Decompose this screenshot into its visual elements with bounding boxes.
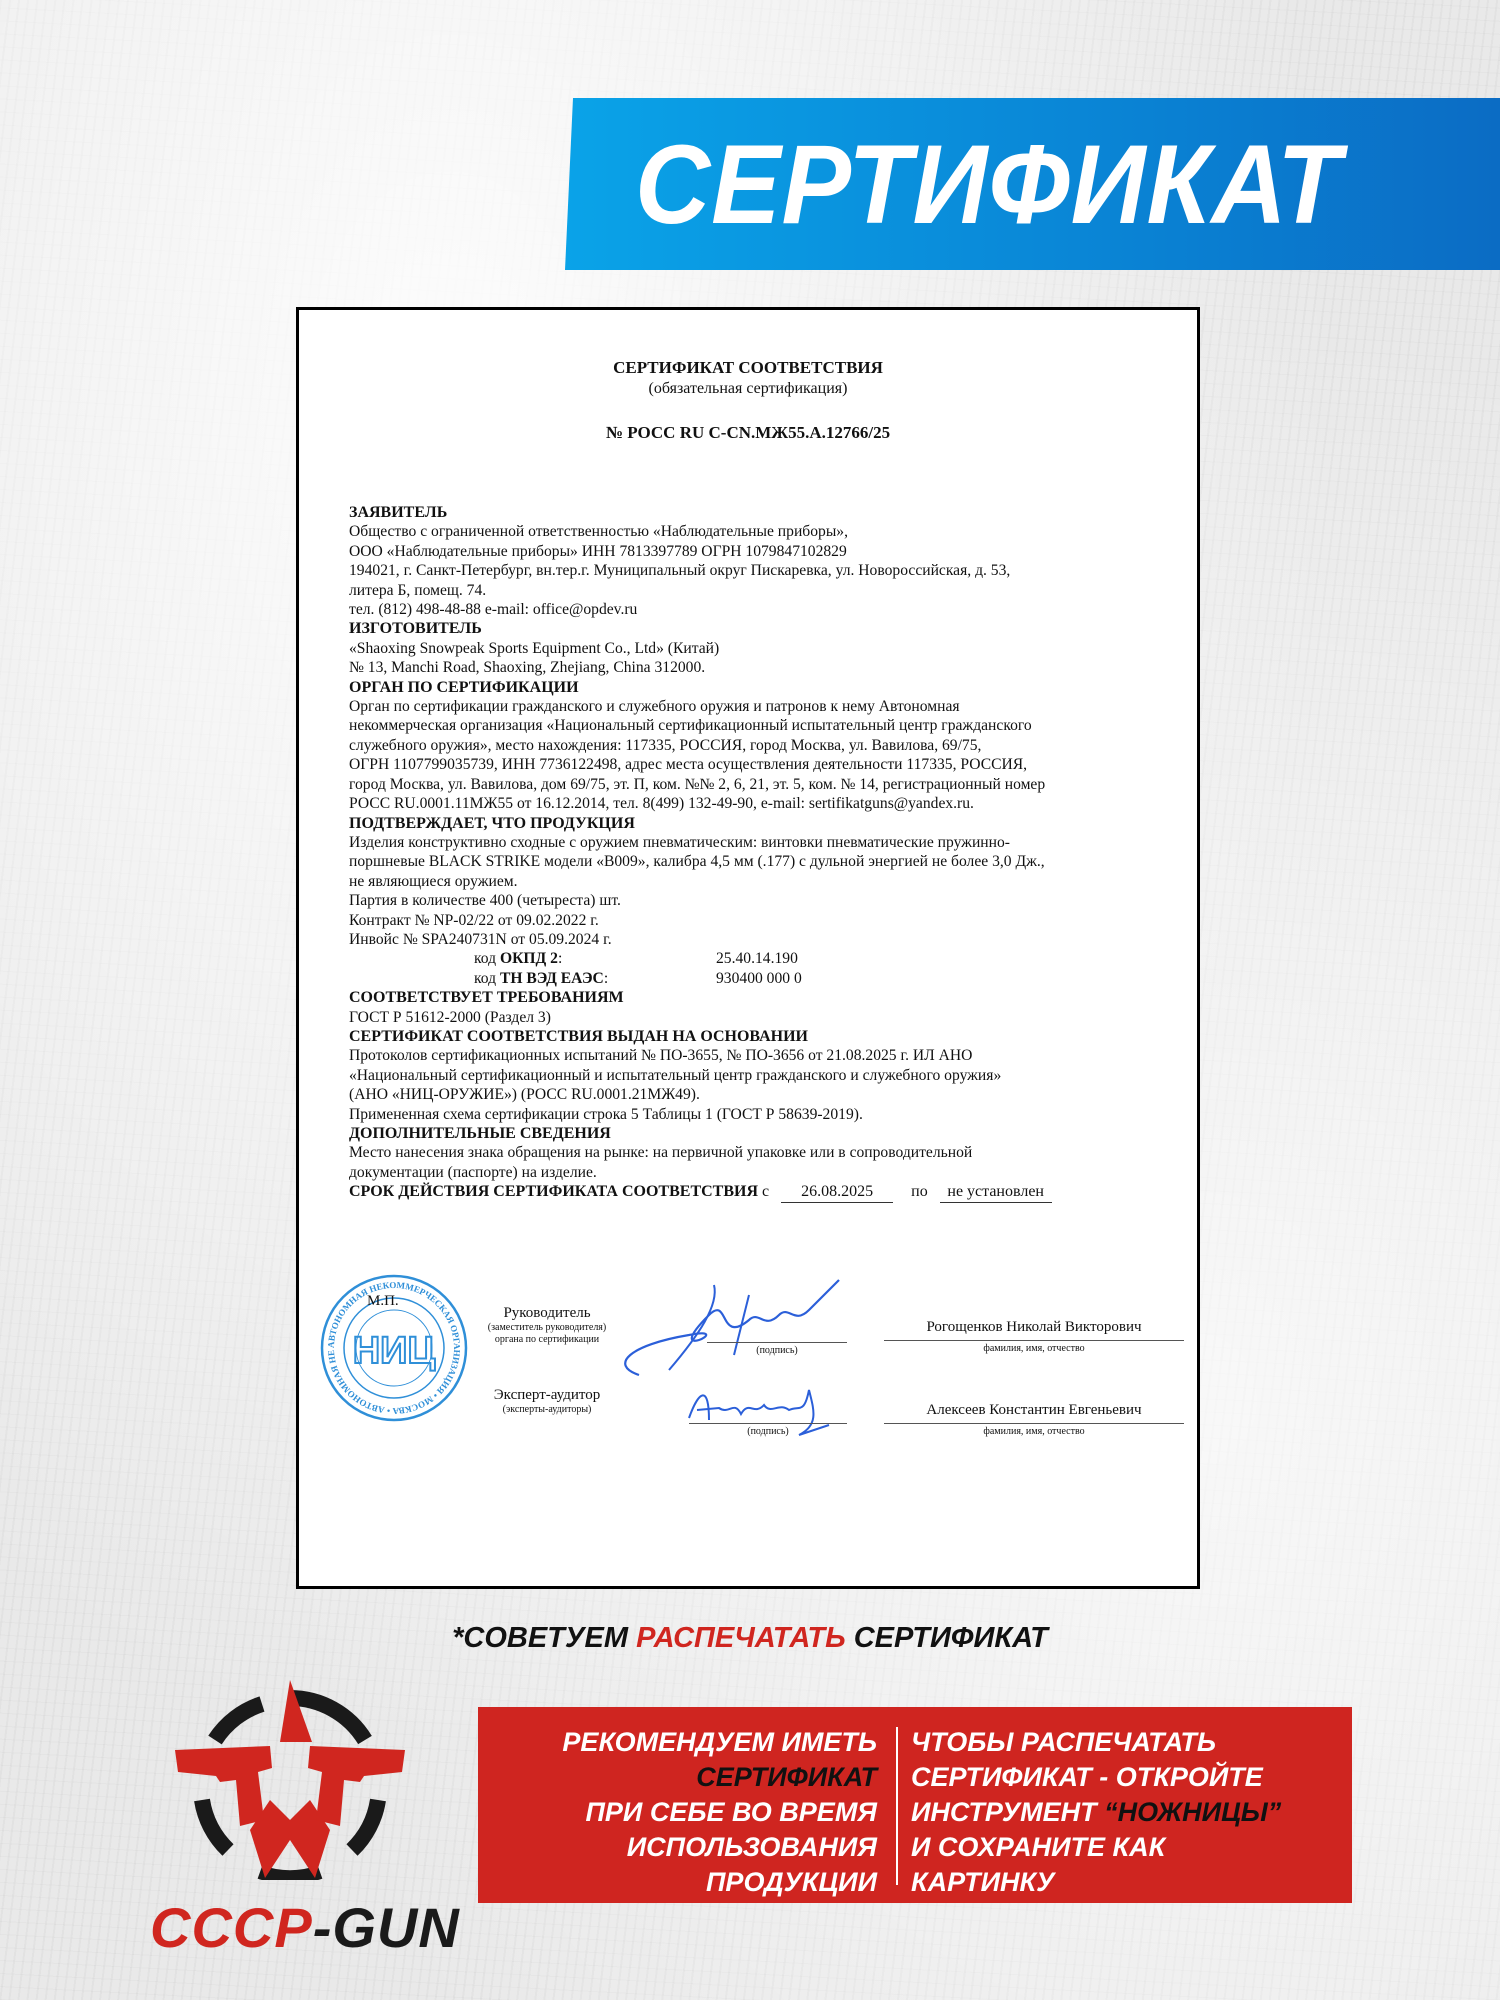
info-left-line: ПРОДУКЦИИ (562, 1865, 877, 1900)
stamp-label: М.П. (367, 1293, 399, 1310)
signer-2-role-title: Эксперт-аудитор (494, 1387, 600, 1403)
signer-2-name: Алексеев Константин Евгеньевич (884, 1402, 1184, 1419)
signer-1-role: Руководитель (заместитель руководителя) … (477, 1305, 617, 1346)
signature-area: АВТОНОМНАЯ НЕКОММЕРЧЕСКАЯ ОРГАНИЗАЦИЯ • … (299, 1265, 1203, 1465)
signer-1-name-caption: фамилия, имя, отчество (884, 1343, 1184, 1354)
print-note-suffix: СЕРТИФИКАТ (854, 1622, 1048, 1654)
validity-from-date: 26.08.2025 (781, 1182, 893, 1202)
product-code-row: код ОКПД 2:25.40.14.190 (349, 949, 1179, 968)
section-heading: ИЗГОТОВИТЕЛЬ (349, 619, 1179, 638)
section-line: «Shaoxing Snowpeak Sports Equipment Co.,… (349, 639, 1179, 658)
section-basis: СЕРТИФИКАТ СООТВЕТСТВИЯ ВЫДАН НА ОСНОВАН… (349, 1027, 1179, 1124)
info-right-line: ЧТОБЫ РАСПЕЧАТАТЬ (911, 1725, 1281, 1760)
banner-title: СЕРТИФИКАТ (635, 120, 1342, 249)
signer-1-name: Рогощенков Николай Викторович (884, 1319, 1184, 1336)
signature-2-caption: (подпись) (689, 1426, 847, 1437)
section-applicant: ЗАЯВИТЕЛЬОбщество с ограниченной ответст… (349, 503, 1179, 619)
section-line: Изделия конструктивно сходные с оружием … (349, 833, 1179, 852)
info-left-line: ПРИ СЕБЕ ВО ВРЕМЯ (562, 1795, 877, 1830)
info-right-line: КАРТИНКУ (911, 1865, 1281, 1900)
signer-2-role: Эксперт-аудитор (эксперты-аудиторы) (477, 1387, 617, 1416)
section-heading: ЗАЯВИТЕЛЬ (349, 503, 1179, 522)
section-line: Контракт № NP-02/22 от 09.02.2022 г. (349, 911, 1179, 930)
section-line: поршневые BLACK STRIKE модели «B009», ка… (349, 852, 1179, 871)
info-box-right: ЧТОБЫ РАСПЕЧАТАТЬСЕРТИФИКАТ - ОТКРОЙТЕИН… (911, 1725, 1281, 1900)
product-code-row: код ТН ВЭД ЕАЭС:930400 000 0 (349, 969, 1179, 988)
section-heading: ПОДТВЕРЖДАЕТ, ЧТО ПРОДУКЦИЯ (349, 814, 1179, 833)
section-line: РОСС RU.0001.11МЖ55 от 16.12.2014, тел. … (349, 794, 1179, 813)
section-line: ООО «Наблюдательные приборы» ИНН 7813397… (349, 542, 1179, 561)
section-line: «Национальный сертификационный и испытат… (349, 1066, 1179, 1085)
signature-1-icon (599, 1275, 859, 1385)
section-line: 194021, г. Санкт-Петербург, вн.тер.г. Му… (349, 561, 1179, 580)
section-line: тел. (812) 498-48-88 e-mail: office@opde… (349, 600, 1179, 619)
print-note-highlight: РАСПЕЧАТАТЬ (636, 1622, 846, 1654)
info-right-line: ИНСТРУМЕНТ “НОЖНИЦЫ” (911, 1795, 1281, 1830)
section-line: ОГРН 1107799035739, ИНН 7736122498, адре… (349, 755, 1179, 774)
section-line: не являющиеся оружием. (349, 872, 1179, 891)
certificate-body: ЗАЯВИТЕЛЬОбщество с ограниченной ответст… (349, 503, 1179, 1203)
info-box-left: РЕКОМЕНДУЕМ ИМЕТЬСЕРТИФИКАТПРИ СЕБЕ ВО В… (562, 1725, 877, 1900)
certificate-subtitle: (обязательная сертификация) (299, 380, 1197, 398)
signer-2-name-line (884, 1423, 1184, 1424)
print-recommendation: *СОВЕТУЕМ РАСПЕЧАТАТЬ СЕРТИФИКАТ (0, 1622, 1500, 1655)
section-line: Место нанесения знака обращения на рынке… (349, 1143, 1179, 1162)
info-right-line: И СОХРАНИТЕ КАК (911, 1830, 1281, 1865)
info-box-divider (896, 1727, 898, 1885)
info-box: РЕКОМЕНДУЕМ ИМЕТЬСЕРТИФИКАТПРИ СЕБЕ ВО В… (478, 1707, 1352, 1903)
section-requirements: СООТВЕТСТВУЕТ ТРЕБОВАНИЯМГОСТ Р 51612-20… (349, 988, 1179, 1027)
validity-from-word: с (762, 1183, 769, 1200)
brand-part-1: СССР (150, 1896, 313, 1959)
signature-1-caption: (подпись) (707, 1345, 847, 1356)
section-line: ГОСТ Р 51612-2000 (Раздел 3) (349, 1008, 1179, 1027)
section-line: Партия в количестве 400 (четыреста) шт. (349, 891, 1179, 910)
brand-part-2: -GUN (313, 1896, 460, 1959)
svg-text:НИЦ: НИЦ (353, 1330, 436, 1372)
section-line: литера Б, помещ. 74. (349, 581, 1179, 600)
section-heading: СООТВЕТСТВУЕТ ТРЕБОВАНИЯМ (349, 988, 1179, 1007)
section-line: (АНО «НИЦ-ОРУЖИЕ») (РОСС RU.0001.21МЖ49)… (349, 1085, 1179, 1104)
signer-1-role-note: (заместитель руководителя) органа по сер… (477, 1322, 617, 1346)
print-note-prefix: *СОВЕТУЕМ (452, 1622, 628, 1654)
section-line: документации (паспорте) на изделие. (349, 1163, 1179, 1182)
section-line: Протоколов сертификационных испытаний № … (349, 1046, 1179, 1065)
section-line: Орган по сертификации гражданского и слу… (349, 697, 1179, 716)
section-line: Примененная схема сертификации строка 5 … (349, 1105, 1179, 1124)
certificate-document: СЕРТИФИКАТ СООТВЕТСТВИЯ (обязательная се… (296, 307, 1200, 1589)
section-manufacturer: ИЗГОТОВИТЕЛЬ«Shaoxing Snowpeak Sports Eq… (349, 619, 1179, 677)
section-heading: ДОПОЛНИТЕЛЬНЫЕ СВЕДЕНИЯ (349, 1124, 1179, 1143)
signature-2-line (689, 1423, 847, 1424)
section-line: некоммерческая организация «Национальный… (349, 716, 1179, 735)
signer-2-name-caption: фамилия, имя, отчество (884, 1426, 1184, 1437)
section-line: Общество с ограниченной ответственностью… (349, 522, 1179, 541)
brand-wordmark: СССР-GUN (150, 1895, 460, 1960)
product-codes: код ОКПД 2:25.40.14.190код ТН ВЭД ЕАЭС:9… (349, 949, 1179, 988)
info-right-line: СЕРТИФИКАТ - ОТКРОЙТЕ (911, 1760, 1281, 1795)
signer-1-role-title: Руководитель (503, 1305, 590, 1321)
info-left-line: СЕРТИФИКАТ (562, 1760, 877, 1795)
section-heading: СЕРТИФИКАТ СООТВЕТСТВИЯ ВЫДАН НА ОСНОВАН… (349, 1027, 1179, 1046)
signature-1-line (707, 1342, 847, 1343)
section-line: служебного оружия», место нахождения: 11… (349, 736, 1179, 755)
certificate-number: № РОСС RU C-CN.МЖ55.А.12766/25 (299, 423, 1197, 443)
validity-to-word: по (911, 1183, 928, 1200)
validity-period: СРОК ДЕЙСТВИЯ СЕРТИФИКАТА СООТВЕТСТВИЯ с… (349, 1182, 1179, 1202)
validity-to-date: не установлен (940, 1182, 1052, 1202)
section-certification-body: ОРГАН ПО СЕРТИФИКАЦИИОрган по сертификац… (349, 678, 1179, 814)
section-line: город Москва, ул. Вавилова, дом 69/75, э… (349, 775, 1179, 794)
info-left-line: РЕКОМЕНДУЕМ ИМЕТЬ (562, 1725, 877, 1760)
brand-logo-icon (150, 1680, 430, 1880)
signer-2-role-note: (эксперты-аудиторы) (477, 1404, 617, 1416)
validity-label: СРОК ДЕЙСТВИЯ СЕРТИФИКАТА СООТВЕТСТВИЯ (349, 1183, 758, 1200)
section-product: ПОДТВЕРЖДАЕТ, ЧТО ПРОДУКЦИЯИзделия конст… (349, 814, 1179, 950)
info-left-line: ИСПОЛЬЗОВАНИЯ (562, 1830, 877, 1865)
section-line: Инвойс № SPA240731N от 05.09.2024 г. (349, 930, 1179, 949)
title-banner: СЕРТИФИКАТ (565, 98, 1500, 270)
section-additional: ДОПОЛНИТЕЛЬНЫЕ СВЕДЕНИЯМесто нанесения з… (349, 1124, 1179, 1182)
section-heading: ОРГАН ПО СЕРТИФИКАЦИИ (349, 678, 1179, 697)
certificate-title: СЕРТИФИКАТ СООТВЕТСТВИЯ (299, 358, 1197, 378)
signer-1-name-line (884, 1340, 1184, 1341)
section-line: № 13, Manchi Road, Shaoxing, Zhejiang, C… (349, 658, 1179, 677)
